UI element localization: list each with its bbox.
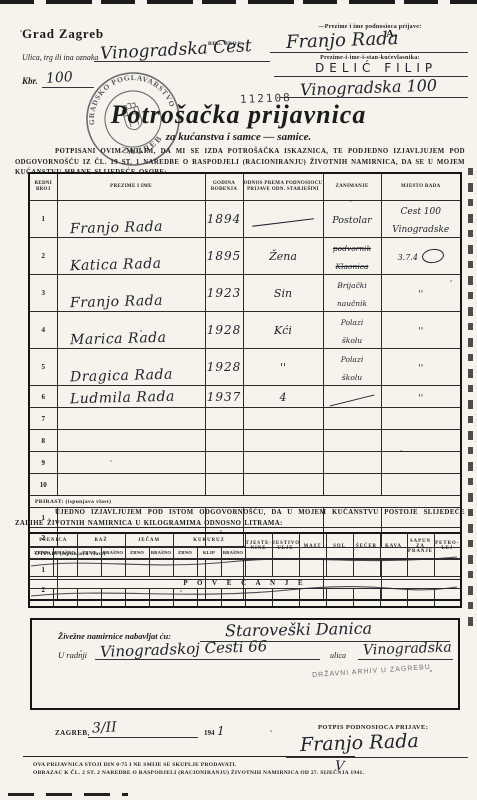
row-number: 1 [29, 201, 57, 238]
supplies-data-row [29, 559, 461, 577]
prirast-label: PRIRAST: (ispunjava vlast) [29, 496, 461, 508]
supplies-group-header-row: PŠENICA RAŽ JEČAM KUKURUZ TJESTE- NINE J… [29, 533, 461, 547]
col-petrolej: PETRO- LEJ [434, 533, 461, 559]
table-row: 5 Dragica Rada 1928 '' Polazi školu '' [29, 349, 461, 386]
povecanje-band: P O V E Ć A N J E [29, 577, 461, 589]
col-zrno: ZRNO [173, 547, 197, 559]
form-title: Potrošačka prijavnica [0, 100, 477, 130]
name-handwritten: Franjo Rada [69, 219, 162, 237]
date-fill-line [88, 737, 198, 738]
col-zrno: ZRNO [29, 547, 53, 559]
table-row: 8 [29, 430, 461, 452]
kbr-label: Kbr. [22, 76, 38, 86]
occupation-handwritten: Polazi školu [341, 318, 363, 345]
col-zrno: ZRNO [77, 547, 101, 559]
footer-rule [23, 756, 355, 757]
col-header-odnos: ODNOS PREMA PODNOSIOCU PRIJAVE ODN. STAR… [243, 173, 323, 201]
year-handwritten: 1937 [207, 390, 242, 404]
relation-handwritten: 4 [280, 391, 287, 404]
row-number: 7 [29, 408, 57, 430]
supplies-data-row [29, 589, 461, 608]
col-kava: KAVA [380, 533, 407, 559]
table-row: 4 Marica Rada 1928 Kći Polazi školu '' [29, 312, 461, 349]
name-handwritten: Katica Rada [69, 256, 161, 274]
ditto-mark: '' [418, 364, 423, 374]
occupation-handwritten: Postolar [332, 215, 371, 226]
occupation-handwritten: podvornik Klaonica [333, 244, 371, 271]
shop-fill-line [95, 659, 320, 660]
street2-fill-line [358, 659, 453, 660]
ditto-mark: '' [418, 290, 423, 300]
table-row: 6 Ludmila Rada 1937 4 '' [29, 386, 461, 408]
name-handwritten: Ludmila Rada [69, 389, 174, 408]
year-handwritten: 1894 [207, 212, 242, 226]
col-jestivo-ulje: JESTIVO ULJE [272, 533, 299, 559]
row-number: 6 [29, 386, 57, 408]
supplier-label: Živežne namirnice nabavljat ću: [58, 631, 171, 641]
col-group-jecam: JEČAM [125, 533, 173, 547]
col-brasno: BRAŠNO [53, 547, 77, 559]
col-brasno: BRAŠNO [221, 547, 245, 559]
street-value-handwritten: Vinogradska Cest [100, 36, 253, 64]
kbr-value-handwritten: 100 [45, 69, 73, 87]
col-sol: SOL [326, 533, 353, 559]
signature-handwritten: Franjo Rada [300, 730, 419, 756]
year-handwritten: 1928 [207, 323, 242, 337]
document-scan: Grad Zagreb A. REG. BROJ: Ulica, trg ili… [0, 0, 477, 800]
table-row: 2 Katica Rada 1895 Žena podvornik Klaoni… [29, 238, 461, 275]
shop-label: U radnji [58, 650, 87, 660]
year-printed: 194 [204, 729, 215, 737]
col-klip: KLIP [197, 547, 221, 559]
col-header-rednibroj: REDNI BROJ [29, 173, 57, 201]
col-mast: MAST [299, 533, 326, 559]
col-tjestenine: TJESTE- NINE [245, 533, 272, 559]
name-handwritten: Marica Rada [69, 330, 166, 349]
row-number: 9 [29, 452, 57, 474]
street2-label: ulica [330, 651, 346, 660]
relation-handwritten: Sin [274, 287, 292, 300]
scan-edge-right [468, 168, 473, 628]
form-subtitle: za kućanstva i samce — samice. [0, 131, 477, 143]
owner-address-fill-line [280, 97, 468, 98]
prirast-band: PRIRAST: (ispunjava vlast) [29, 496, 461, 508]
applicant-value-handwritten: Franjo Rada [286, 28, 399, 53]
row-number: 4 [29, 312, 57, 349]
year-handwritten: 1 [217, 724, 225, 738]
date-handwritten: 3/II [92, 719, 117, 736]
table-row: 1 Franjo Rada 1894 Postolar Cest 100 Vin… [29, 201, 461, 238]
ditto-mark: '' [418, 394, 423, 404]
col-zrno: ZRNO [125, 547, 149, 559]
diagonal-dash [330, 394, 375, 406]
owner-value-handwritten: DELIĆ FILIP [315, 61, 437, 75]
owner-fill-line [274, 76, 468, 77]
col-sapun: SAPUN ZA PRANJE [407, 533, 434, 559]
workplace-handwritten: 3.7.4 [398, 253, 418, 262]
diagonal-dash [252, 218, 314, 227]
col-group-psenica: PŠENICA [29, 533, 77, 547]
col-group-kukuruz: KUKURUZ [173, 533, 245, 547]
supplies-paragraph: UJEDNO IZJAVLJUJEM POD ISTOM ODGOVORNOŠĆ… [15, 508, 465, 529]
scan-edge-top [0, 0, 477, 4]
ditto-mark: '' [280, 361, 286, 374]
ditto-mark: '' [418, 327, 423, 337]
signature-fill-line [286, 757, 468, 758]
scribble-circle [421, 248, 445, 265]
relation-handwritten: Žena [269, 250, 297, 263]
row-number: 2 [29, 238, 57, 275]
street-fill-line [94, 61, 270, 62]
city-label: ZAGREB, [55, 729, 90, 737]
relation-handwritten: Kći [274, 324, 292, 337]
workplace-handwritten: Cest 100 Vinogradske [392, 207, 449, 235]
table-row: 10 [29, 474, 461, 496]
year-handwritten: 1928 [207, 360, 242, 374]
street-label: Ulica, trg ili ina oznaka [22, 53, 98, 62]
supplies-table: PŠENICA RAŽ JEČAM KUKURUZ TJESTE- NINE J… [28, 532, 462, 608]
applicant-fill-line [270, 52, 468, 53]
name-handwritten: Franjo Rada [69, 293, 162, 311]
year-handwritten: 1895 [207, 249, 242, 263]
row-number: 3 [29, 275, 57, 312]
col-brasno: BRAŠNO [101, 547, 125, 559]
col-header-mjesto: MJESTO RADA [381, 173, 461, 201]
col-header-zanimanje: ZANIMANJE [323, 173, 381, 201]
street2-value-handwritten: Vinogradska [363, 639, 452, 658]
col-brasno: BRAŠNO [149, 547, 173, 559]
name-handwritten: Dragica Rada [69, 367, 172, 386]
povecanje-label: P O V E Ć A N J E [29, 577, 461, 589]
fine-print-price: OVA PRIJAVNICA STOJI DIN 0·75 I NE SMIJE… [33, 762, 237, 768]
fine-print-regulation: OBRAZAC K ČL. 2 ST. 2 NAREDBE O RASPODJE… [33, 770, 364, 776]
scan-edge-bottom [8, 793, 128, 796]
col-group-raz: RAŽ [77, 533, 125, 547]
table-row: 9 [29, 452, 461, 474]
municipality-title: Grad Zagreb [22, 26, 104, 42]
occupation-handwritten: Brijački naučnik [337, 281, 367, 308]
household-header-row: REDNI BROJ PREZIME I IME GODINA ROĐENJA … [29, 173, 461, 201]
row-number: 8 [29, 430, 57, 452]
table-row: 3 Franjo Rada 1923 Sin Brijački naučnik … [29, 275, 461, 312]
owner-address-handwritten: Vinogradska 100 [300, 76, 438, 100]
col-header-prezime: PREZIME I IME [57, 173, 205, 201]
col-secer: ŠEĆER [353, 533, 380, 559]
row-number: 5 [29, 349, 57, 386]
year-handwritten: 1923 [207, 286, 242, 300]
col-header-godina: GODINA ROĐENJA [205, 173, 243, 201]
occupation-handwritten: Polazi školu [341, 355, 363, 382]
table-row: 7 [29, 408, 461, 430]
row-number: 10 [29, 474, 57, 496]
